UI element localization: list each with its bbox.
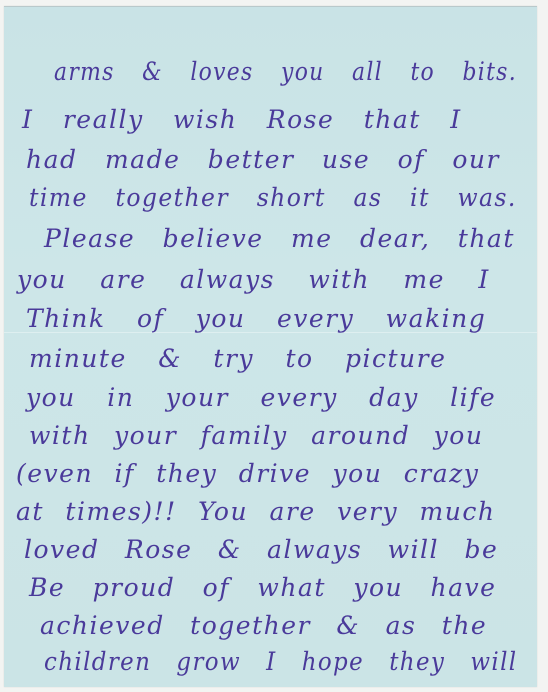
letter-line-15: achieved together & as the xyxy=(40,611,487,640)
letter-line-8: minute & try to picture xyxy=(29,344,446,373)
letter-line-5: Please believe me dear, that xyxy=(44,224,515,253)
scanned-page: arms & loves you all to bits. I really w… xyxy=(0,0,548,692)
letter-line-2: I really wish Rose that I xyxy=(22,105,462,134)
letter-line-9: you in your every day life xyxy=(26,383,496,412)
letter-line-7: Think of you every waking xyxy=(26,304,486,333)
letter-line-3: had made better use of our xyxy=(26,145,500,174)
letter-line-1: arms & loves you all to bits. xyxy=(54,57,517,86)
letter-line-6: you are always with me I xyxy=(17,265,490,294)
letter-line-13: loved Rose & always will be xyxy=(24,535,498,564)
letter-line-11: (even if they drive you crazy xyxy=(16,459,479,488)
letter-line-16: children grow I hope they will xyxy=(44,647,518,676)
letter-line-12: at times)!! You are very much xyxy=(16,497,495,526)
letter-line-14: Be proud of what you have xyxy=(29,573,496,602)
letter-line-4: time together short as it was. xyxy=(29,183,517,212)
letter-body: arms & loves you all to bits. I really w… xyxy=(4,7,537,687)
letter-paper: arms & loves you all to bits. I really w… xyxy=(4,6,537,687)
letter-line-10: with your family around you xyxy=(29,421,483,450)
